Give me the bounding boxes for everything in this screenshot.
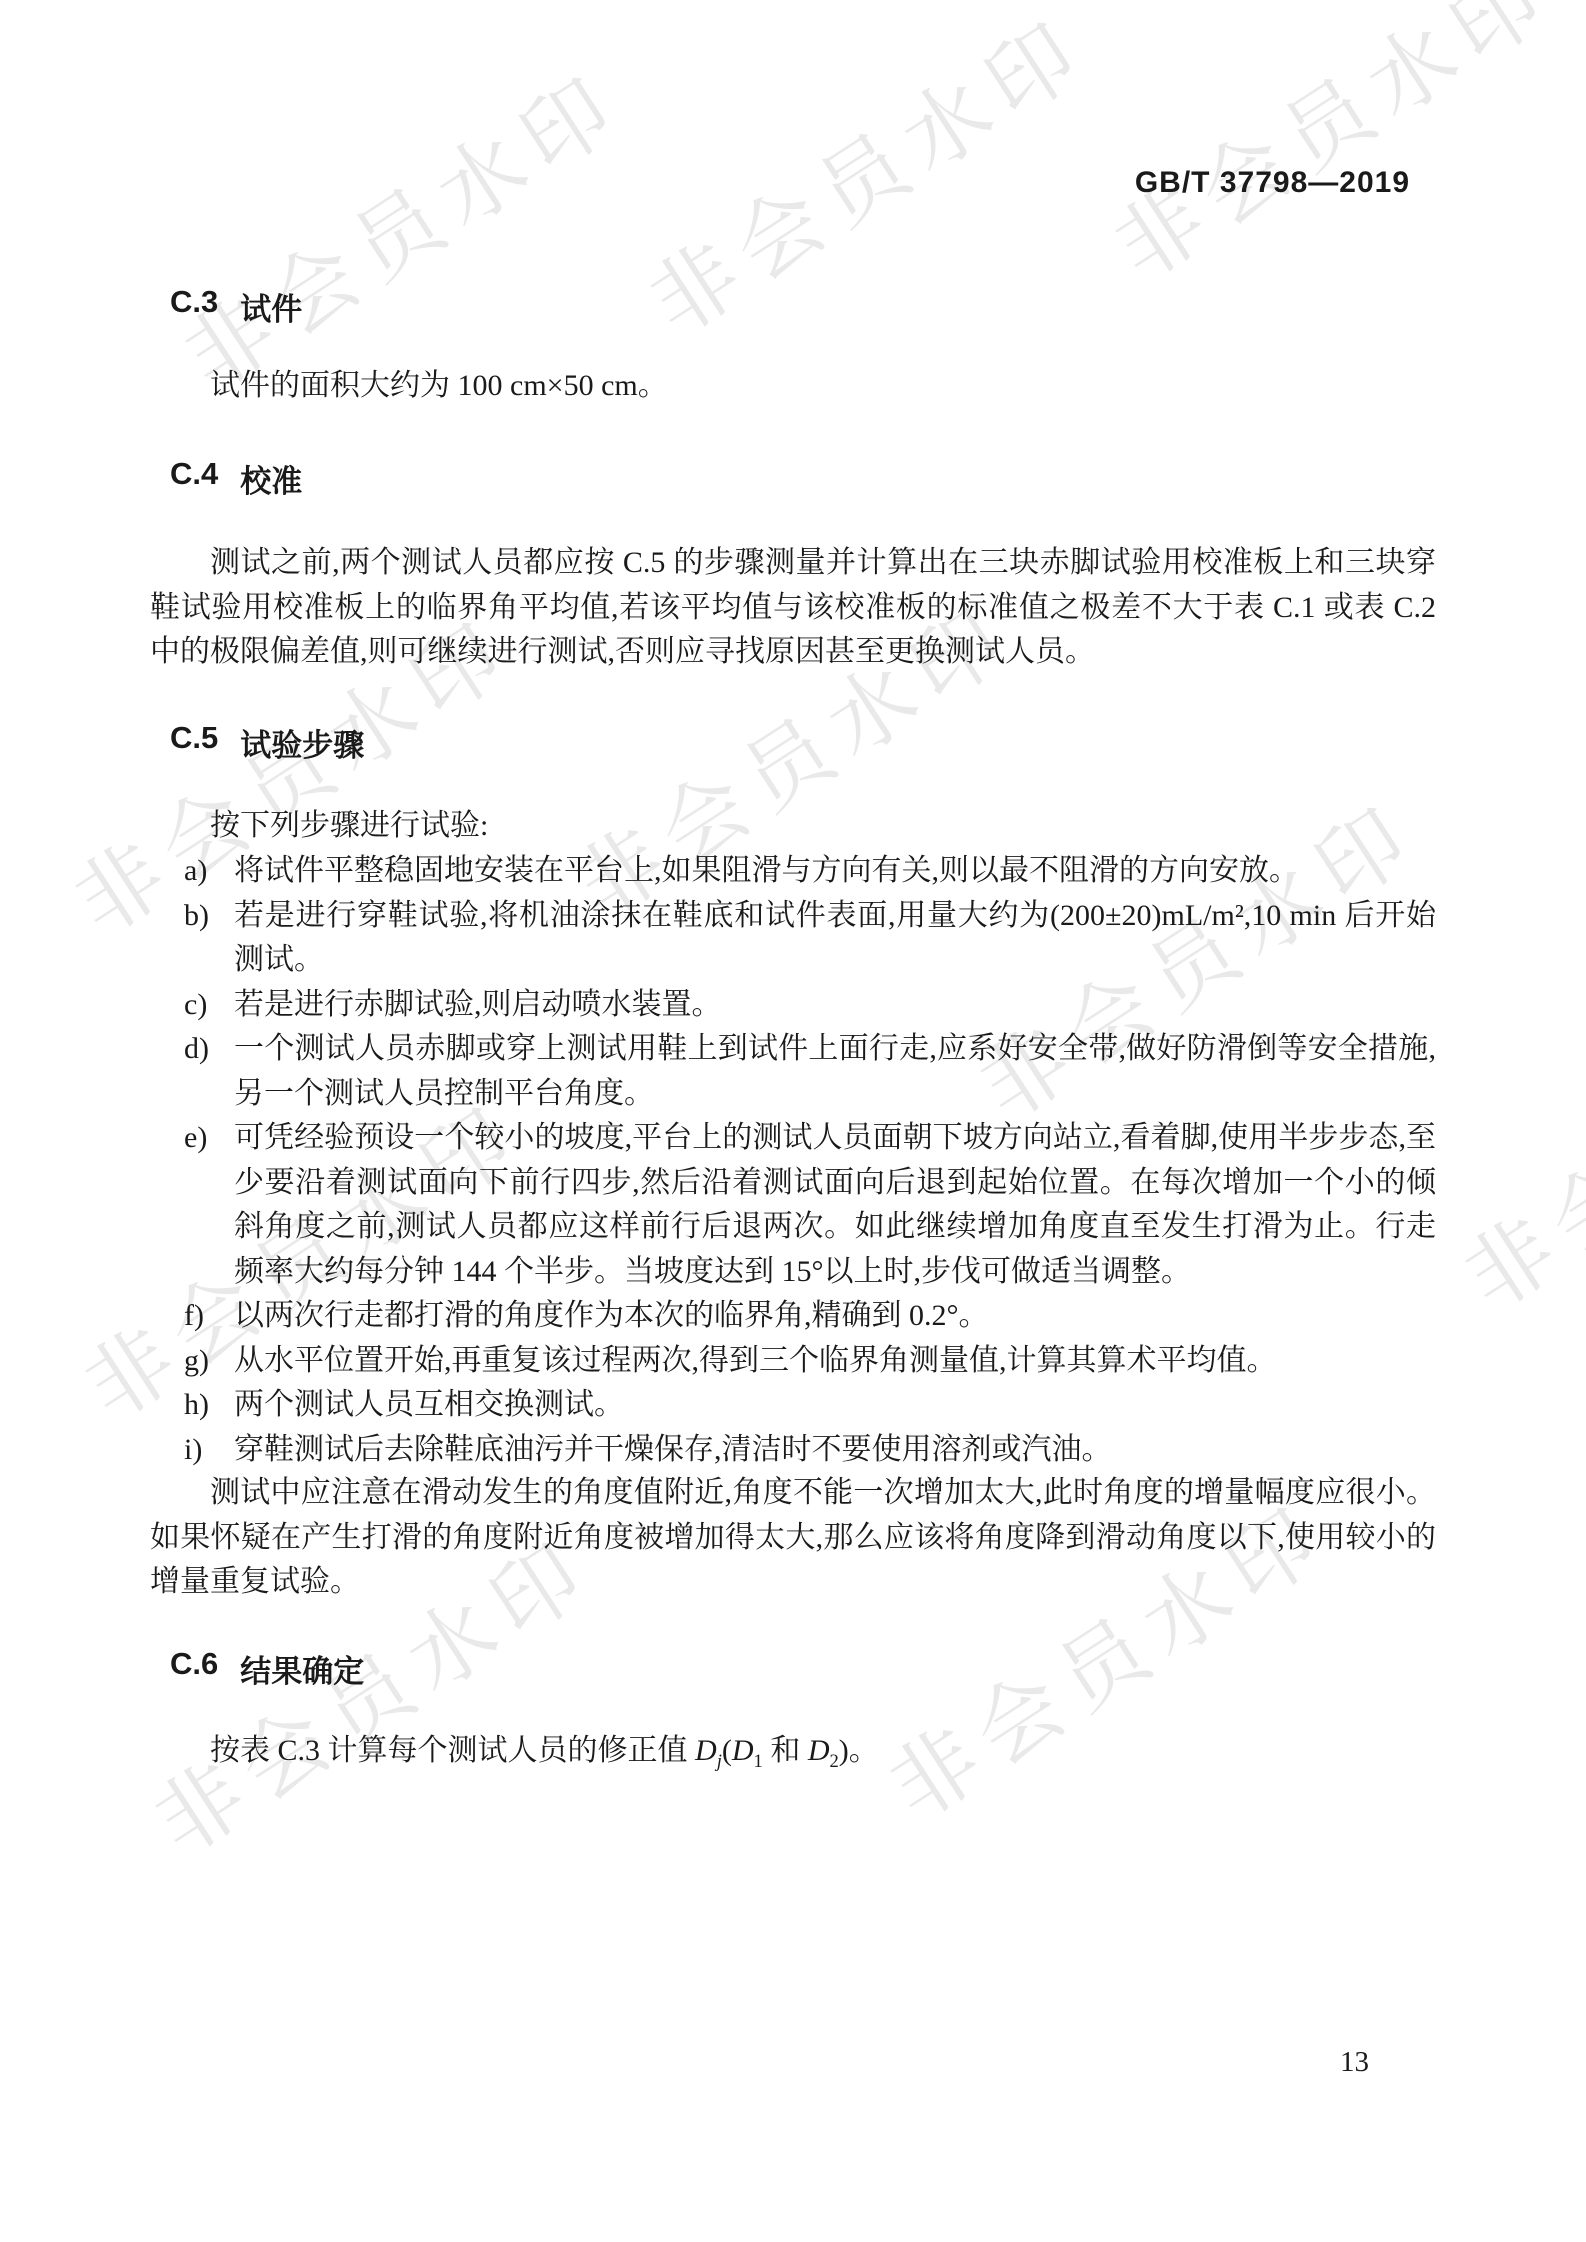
section-title: 试件 — [240, 284, 302, 329]
section-number: C.4 — [170, 456, 218, 501]
section-title: 结果确定 — [240, 1646, 364, 1691]
section-heading-c4: C.4 校准 — [170, 456, 302, 501]
section-number: C.3 — [170, 284, 218, 329]
paragraph-c6-body: 按表 C.3 计算每个测试人员的修正值 Dj(D1 和 D2)。 — [150, 1729, 1436, 1785]
step-text: 可凭经验预设一个较小的坡度,平台上的测试人员面朝下坡方向站立,看着脚,使用半步步… — [234, 1121, 1436, 1288]
step-marker: f) — [184, 1294, 204, 1339]
procedure-step: d) 一个测试人员赤脚或穿上测试用鞋上到试件上面行走,应系好安全带,做好防滑倒等… — [150, 1027, 1436, 1116]
paragraph-c5-closing: 测试中应注意在滑动发生的角度值附近,角度不能一次增加太大,此时角度的增量幅度应很… — [150, 1471, 1436, 1605]
step-marker: e) — [184, 1116, 207, 1161]
step-text: 若是进行赤脚试验,则启动喷水装置。 — [234, 988, 722, 1021]
procedure-step: e) 可凭经验预设一个较小的坡度,平台上的测试人员面朝下坡方向站立,看着脚,使用… — [150, 1116, 1436, 1294]
procedure-step: b) 若是进行穿鞋试验,将机油涂抹在鞋底和试件表面,用量大约为(200±20)m… — [150, 894, 1436, 983]
section-number: C.6 — [170, 1646, 218, 1691]
procedure-step: g) 从水平位置开始,再重复该过程两次,得到三个临界角测量值,计算其算术平均值。 — [150, 1339, 1436, 1384]
step-marker: i) — [184, 1428, 202, 1473]
procedure-step: a) 将试件平整稳固地安装在平台上,如果阻滑与方向有关,则以最不阻滑的方向安放。 — [150, 849, 1436, 894]
step-marker: g) — [184, 1339, 209, 1384]
section-title: 试验步骤 — [240, 720, 364, 765]
step-text: 以两次行走都打滑的角度作为本次的临界角,精确到 0.2°。 — [234, 1299, 989, 1332]
step-marker: h) — [184, 1383, 209, 1428]
procedure-step-list: a) 将试件平整稳固地安装在平台上,如果阻滑与方向有关,则以最不阻滑的方向安放。… — [150, 849, 1436, 1472]
paragraph-c3-body: 试件的面积大约为 100 cm×50 cm。 — [150, 364, 1436, 409]
section-heading-c5: C.5 试验步骤 — [170, 720, 364, 765]
step-text: 两个测试人员互相交换测试。 — [234, 1388, 624, 1421]
standard-code-header: GB/T 37798—2019 — [1135, 166, 1410, 200]
step-text: 若是进行穿鞋试验,将机油涂抹在鞋底和试件表面,用量大约为(200±20)mL/m… — [234, 899, 1436, 977]
step-marker: a) — [184, 849, 207, 894]
step-marker: c) — [184, 983, 207, 1028]
paragraph-c4-body: 测试之前,两个测试人员都应按 C.5 的步骤测量并计算出在三块赤脚试验用校准板上… — [150, 541, 1436, 675]
section-number: C.5 — [170, 720, 218, 765]
step-text: 从水平位置开始,再重复该过程两次,得到三个临界角测量值,计算其算术平均值。 — [234, 1344, 1277, 1377]
paragraph-c5-intro: 按下列步骤进行试验: — [150, 804, 1436, 849]
procedure-step: f) 以两次行走都打滑的角度作为本次的临界角,精确到 0.2°。 — [150, 1294, 1436, 1339]
document-page: 非会员水印 非会员水印 非会员水印 非会员水印 非会员水印 非会员水印 非会员水… — [0, 0, 1586, 2242]
procedure-step: h) 两个测试人员互相交换测试。 — [150, 1383, 1436, 1428]
procedure-step: i) 穿鞋测试后去除鞋底油污并干燥保存,清洁时不要使用溶剂或汽油。 — [150, 1428, 1436, 1473]
step-text: 穿鞋测试后去除鞋底油污并干燥保存,清洁时不要使用溶剂或汽油。 — [234, 1433, 1112, 1466]
step-text: 将试件平整稳固地安装在平台上,如果阻滑与方向有关,则以最不阻滑的方向安放。 — [234, 854, 1299, 887]
page-content: GB/T 37798—2019 C.3 试件 试件的面积大约为 100 cm×5… — [0, 0, 1586, 2242]
procedure-step: c) 若是进行赤脚试验,则启动喷水装置。 — [150, 983, 1436, 1028]
step-text: 一个测试人员赤脚或穿上测试用鞋上到试件上面行走,应系好安全带,做好防滑倒等安全措… — [234, 1032, 1436, 1110]
page-number: 13 — [1340, 2046, 1369, 2079]
step-marker: d) — [184, 1027, 209, 1072]
step-marker: b) — [184, 894, 209, 939]
section-title: 校准 — [240, 456, 302, 501]
section-heading-c3: C.3 试件 — [170, 284, 302, 329]
section-heading-c6: C.6 结果确定 — [170, 1646, 364, 1691]
